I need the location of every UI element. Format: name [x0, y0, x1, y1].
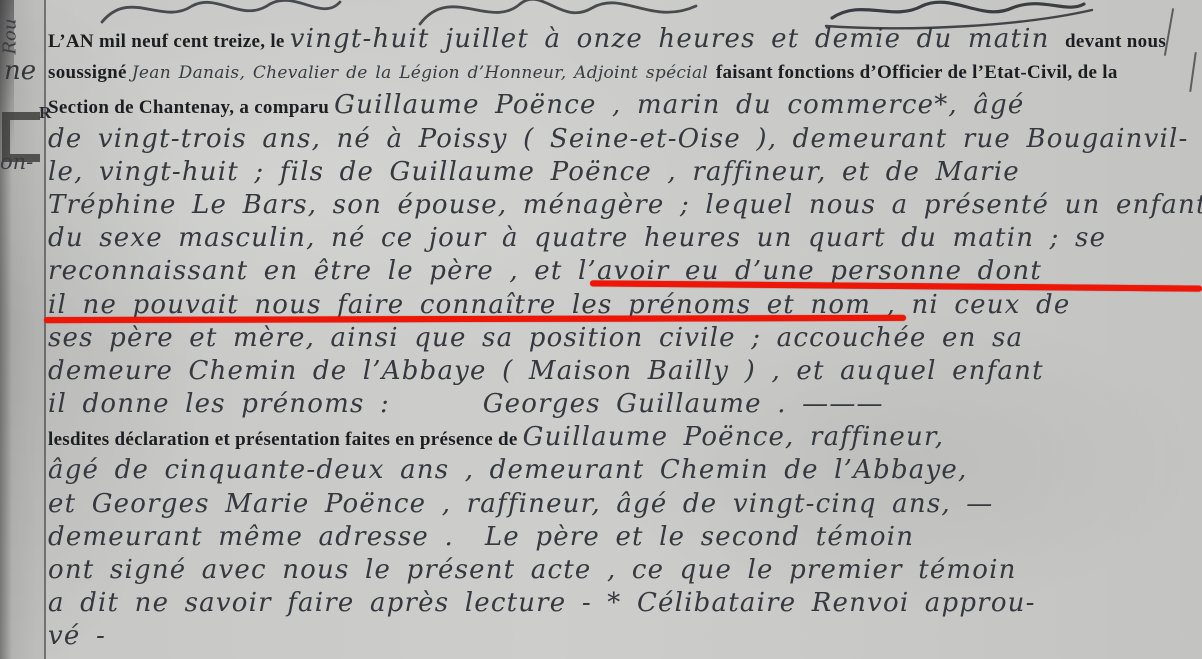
signature-flourish-right [832, 2, 1084, 18]
text-line: ont signé avec nous le présent acte , ce… [48, 555, 1202, 588]
handwritten-text: vingt-huit juillet à onze heures et demi… [290, 24, 1065, 54]
text-line: du sexe masculin, né ce jour à quatre he… [48, 223, 1202, 256]
text-line: soussigné Jean Danais, Chevalier de la L… [48, 57, 1202, 90]
handwritten-text: de vingt-trois ans, né à Poissy ( Seine-… [48, 124, 1189, 154]
registry-scan-page: Rou ne R on- L’AN mil neuf cent treize, … [0, 0, 1202, 659]
handwritten-text: Guillaume Poënce, raffineur, [523, 422, 945, 452]
text-line: et Georges Marie Poënce , raffineur, âgé… [48, 489, 1202, 522]
printed-text: faisant fonctions d’Officier de l’Etat-C… [716, 62, 1118, 83]
handwritten-text: reconnaissant en être le père , et l’avo… [48, 256, 1042, 286]
handwritten-text: il donne les prénoms : Georges Guillaume… [48, 389, 884, 419]
act-text-column: L’AN mil neuf cent treize, le vingt-huit… [48, 24, 1202, 655]
margin-note-fragment: ne [4, 56, 36, 86]
handwritten-text: âgé de cinquante-deux ans , demeurant Ch… [48, 455, 967, 485]
text-line: Section de Chantenay, a comparu Guillaum… [48, 90, 1202, 123]
text-line: âgé de cinquante-deux ans , demeurant Ch… [48, 455, 1202, 488]
text-line: lesdites déclaration et présentation fai… [48, 422, 1202, 455]
printed-text: soussigné [48, 62, 132, 83]
handwritten-text: Jean Danais, Chevalier de la Légion d’Ho… [132, 63, 716, 83]
handwritten-text: le, vingt-huit ; fils de Guillaume Poënc… [48, 157, 1020, 187]
handwritten-text: ses père et mère, ainsi que sa position … [48, 323, 1023, 353]
margin-rule-line [44, 0, 46, 659]
handwritten-text: a dit ne savoir faire après lecture - * … [48, 588, 1036, 618]
text-line: demeure Chemin de l’Abbaye ( Maison Bail… [48, 356, 1202, 389]
text-line: de vingt-trois ans, né à Poissy ( Seine-… [48, 124, 1202, 157]
text-line: Tréphine Le Bars, son épouse, ménagère ;… [48, 190, 1202, 223]
text-line: ses père et mère, ainsi que sa position … [48, 323, 1202, 356]
handwritten-text: demeure Chemin de l’Abbaye ( Maison Bail… [48, 356, 1044, 386]
text-line: L’AN mil neuf cent treize, le vingt-huit… [48, 24, 1202, 57]
printed-text: devant nous [1065, 31, 1166, 52]
margin-note-fragment: on- [0, 150, 33, 174]
handwritten-text: du sexe masculin, né ce jour à quatre he… [48, 223, 1106, 253]
signature-flourish-left [102, 0, 340, 22]
text-line: le, vingt-huit ; fils de Guillaume Poënc… [48, 157, 1202, 190]
signature-flourish-center [420, 0, 696, 24]
handwritten-text: demeurant même adresse . Le père et le s… [48, 522, 914, 552]
handwritten-text: Guillaume Poënce , marin du commerce*, â… [334, 90, 1024, 120]
printed-text: Section de Chantenay, a comparu [48, 97, 334, 118]
text-line: vé - [48, 621, 1202, 654]
handwritten-text: et Georges Marie Poënce , raffineur, âgé… [48, 489, 994, 519]
handwritten-text: Tréphine Le Bars, son épouse, ménagère ;… [48, 190, 1202, 220]
text-line: il donne les prénoms : Georges Guillaume… [48, 389, 1202, 422]
printed-text: lesdites déclaration et présentation fai… [48, 429, 523, 450]
text-line: a dit ne savoir faire après lecture - * … [48, 588, 1202, 621]
handwritten-text: vé - [48, 621, 106, 651]
printed-text: L’AN mil neuf cent treize, le [48, 31, 290, 52]
handwritten-text: ont signé avec nous le présent acte , ce… [48, 555, 1017, 585]
text-line: demeurant même adresse . Le père et le s… [48, 522, 1202, 555]
margin-spine-label: Rou [0, 19, 20, 55]
